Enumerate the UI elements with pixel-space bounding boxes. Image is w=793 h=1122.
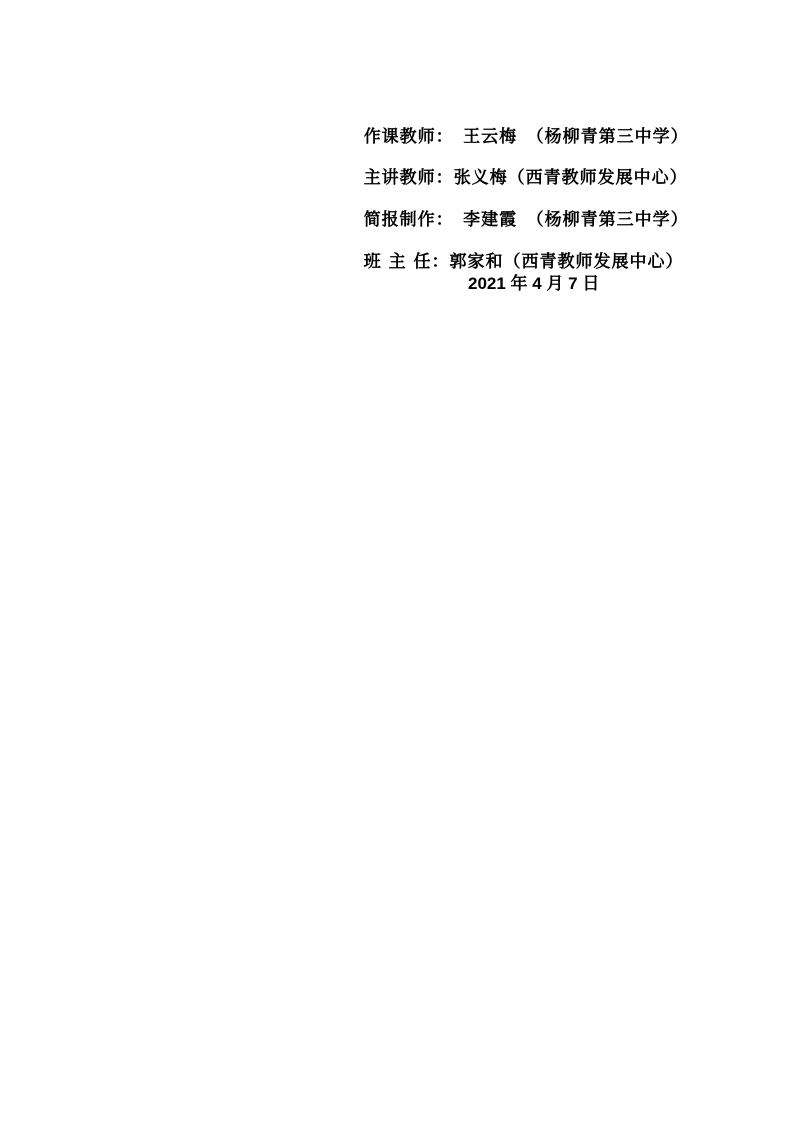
credit-name: 张义梅（西青教师发展中心） [454, 168, 688, 188]
credit-role: 主讲教师： [364, 168, 454, 188]
credit-name: 李建霞 （杨柳青第三中学） [445, 210, 689, 230]
credit-role: 简报制作： [364, 210, 446, 230]
document-date: 2021 年 4 月 7 日 [468, 274, 599, 294]
credit-name: 郭家和（西青教师发展中心） [450, 252, 684, 272]
credit-name: 王云梅 （杨柳青第三中学） [445, 127, 689, 147]
credit-role: 作课教师： [364, 127, 446, 147]
credit-role: 班 主 任： [364, 252, 450, 272]
